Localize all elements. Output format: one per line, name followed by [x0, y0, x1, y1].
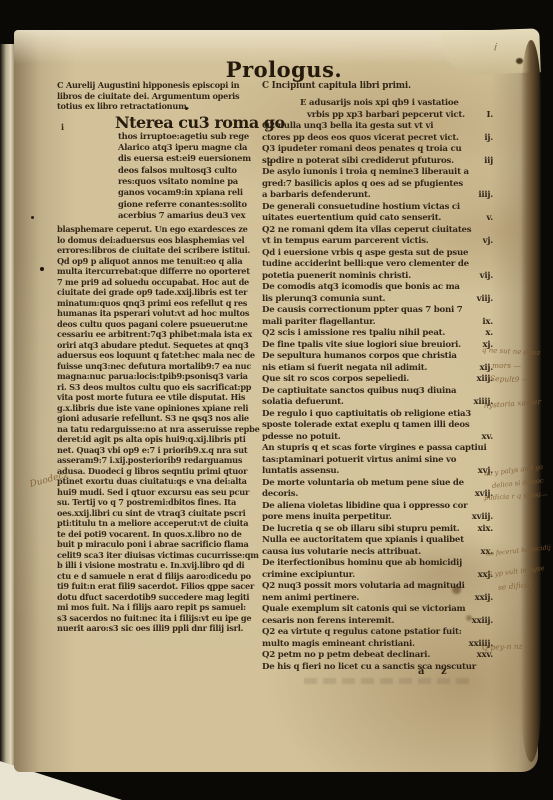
- capitulum-text: cesaris non ferens interemit.: [262, 616, 394, 628]
- capitulum-text: sposte tolerade extat exeplu q tamen ill…: [262, 420, 469, 432]
- text-line: su. Tertij vo q 7 postremi:dbitos fines.…: [57, 497, 257, 508]
- chapter-numeral: viij.: [477, 294, 493, 306]
- capitulum-text: gred:7 basilicis aplos q oes ad se pfugi…: [262, 179, 463, 191]
- capitulum-text: uitates euertentium quid cato senserit.: [262, 213, 441, 225]
- text-line: gred:7 basilicis aplos q oes ad se pfugi…: [262, 179, 493, 191]
- text-line: a barbaris defenderunt.iiij.: [262, 190, 493, 202]
- capitulum-entry: Q2 ne romani qdem ita vllas ceperut ciui…: [262, 225, 493, 248]
- text-line: nuerit aaro:s3 sic oes illi9 ppli dnr fi…: [57, 623, 257, 634]
- text-line: acerbius 7 amarius deu3 vex: [57, 210, 257, 221]
- text-line: De aliena violetas libidine qua i oppres…: [262, 501, 493, 513]
- text-line: fuisse unq3:nec defutura mortalib9:7 ea …: [57, 361, 257, 372]
- text-line: Nulla ee auctoritatem que xpianis i qual…: [262, 535, 493, 547]
- text-line: Quale exemplum sit catonis qui se victor…: [262, 604, 493, 616]
- capitulum-entry: Q2 nulla unq3 bella ita gesta sut vt vic…: [262, 121, 493, 144]
- chapter-numeral: xxiij.: [472, 616, 493, 628]
- text-line: deos cultu quos pagani colere psueuerut:…: [57, 319, 257, 330]
- capitulum-text: An stupris q et scas forte virgines e pa…: [262, 443, 487, 455]
- capitulum-entry: De fine tpalis vite siue logiori siue br…: [262, 340, 493, 352]
- capitulum-text: decoris.: [262, 489, 298, 501]
- capitulum-text: stodire n poterat sibi crediderut pfutur…: [262, 156, 454, 168]
- capitulum-entry: Q3 ipudeter romani deos penates q troia …: [262, 144, 493, 167]
- text-line: Q3 ipudeter romani deos penates q troia …: [262, 144, 493, 156]
- text-line: De fine tpalis vite siue logiori siue br…: [262, 340, 493, 352]
- text-line: asseram9:7 i.xij.posteriorib9 redarguamu…: [57, 455, 257, 466]
- chapter-numeral: I.: [486, 110, 493, 122]
- chapter-numeral: v.: [486, 213, 493, 225]
- text-line: Q2 ea virtute q regulus catone pstatior …: [262, 627, 493, 639]
- chapter-numeral: iij: [484, 156, 493, 168]
- text-line: res:quos vsitato nomine pa: [57, 176, 257, 187]
- capitulum-text: Quale exemplum sit catonis qui se victor…: [262, 604, 465, 616]
- capitulum-entry: E adusarijs nois xpi qb9 i vastatioevrbi…: [262, 98, 493, 121]
- text-line: Q2 nuq3 possit mors volutaria ad magnitu…: [262, 581, 493, 593]
- text-line: cessariu ee arbitrent:7q3 phibet:mala is…: [57, 329, 257, 340]
- text-line: gione referre conantes:solito: [57, 199, 257, 210]
- text-line: aduersus eos loquunt q fatet:hec mala ne…: [57, 350, 257, 361]
- text-line: uitates euertentium quid cato senserit.v…: [262, 213, 493, 225]
- capitulum-text: solatia defuerunt.: [262, 397, 344, 409]
- text-line: Q2 ne romani qdem ita vllas ceperut ciui…: [262, 225, 493, 237]
- chapter-numeral: xxij.: [475, 593, 493, 605]
- capitulum-text: Q3 ipudeter romani deos penates q troia …: [262, 144, 461, 156]
- text-line: multa itercurrebat:que differre no oport…: [57, 266, 257, 277]
- text-line: Qd op9 p aliquot annos me tenuit:eo q al…: [57, 256, 257, 267]
- capitulum-entry: Q2 scis i amissione res tpaliu nihil pea…: [262, 328, 493, 340]
- capitulum-entry: Quale exemplum sit catonis qui se victor…: [262, 604, 493, 627]
- capitula-list: E adusarijs nois xpi qb9 i vastatioevrbi…: [262, 98, 493, 673]
- text-line: tudine acciderint belli:que vero clement…: [262, 259, 493, 271]
- capitulum-entry: Q2 nuq3 possit mors volutaria ad magnitu…: [262, 581, 493, 604]
- text-line: 7 me pri9 ad soluedu occupabat. Hoc aut …: [57, 277, 257, 288]
- capitulum-text: Nulla ee auctoritatem que xpianis i qual…: [262, 535, 464, 547]
- text-line: adusa. Duodeci g libros seqntiu primi qt…: [57, 466, 257, 477]
- capitulum-text: Q2 ne romani qdem ita vllas ceperut ciui…: [262, 225, 471, 237]
- page-title: Prologus.: [174, 57, 394, 82]
- capitulum-text: nem animi pertinere.: [262, 593, 359, 605]
- right-column: C Incipiunt capitula libri primi. d E ad…: [262, 80, 493, 673]
- chapter-numeral: vj.: [483, 236, 493, 248]
- capitulum-entry: An stupris q et scas forte virgines e pa…: [262, 443, 493, 478]
- text-line: mi mos fuit. Na i filijs aaro repit ps s…: [57, 602, 257, 613]
- text-line: Q2 petm no p petm debeat declinari.xxv.: [262, 650, 493, 662]
- text-line: minatum:quos qnq3 primi eos refellut q r…: [57, 298, 257, 309]
- text-line: crimine excipiuntur.xxj.: [262, 570, 493, 582]
- capitulum-entry: Q2 petm no p petm debeat declinari.xxv.: [262, 650, 493, 662]
- text-line: Alarico atq3 iperu magne cla: [57, 142, 257, 153]
- left-body-text: blasphemare ceperut. Un ego exardesces z…: [57, 224, 257, 634]
- text-line: stodire n poterat sibi crediderut pfutur…: [262, 156, 493, 168]
- text-line: De morte voluntaria ob metum pene siue d…: [262, 478, 493, 490]
- text-line: Qd i euersione vrbis q aspe gesta sut de…: [262, 248, 493, 260]
- chapter-numeral: ix.: [482, 317, 493, 329]
- capitulum-text: De lucretia q se ob illaru sibi stupru p…: [262, 524, 459, 536]
- text-line: E adusarijs nois xpi qb9 i vastatioe: [262, 98, 493, 110]
- capitulum-text: vt in tempus earum parcerent victis.: [262, 236, 429, 248]
- text-line: ganos vocam9:in xpiana reli: [57, 187, 257, 198]
- capitulum-entry: Qd i euersione vrbis q aspe gesta sut de…: [262, 248, 493, 283]
- capitulum-text: De generali consuetudine hostium victas …: [262, 202, 460, 214]
- chapter-numeral: iiij.: [478, 190, 493, 202]
- text-line: gioni adusarie refellunt. S3 ne qsq3 nos…: [57, 413, 257, 424]
- text-line: buit p miraculo poni i abrae sacrificio …: [57, 539, 257, 550]
- text-line: net. Quaq3 vbi op9 e:7 i priorib9.x.q nr…: [57, 445, 257, 456]
- text-line: C Aurelij Augustini hipponesis episcopi …: [57, 80, 257, 91]
- capitulum-text: Q2 ea virtute q regulus catone pstatior …: [262, 627, 462, 639]
- capitulum-entry: Nulla ee auctoritatem que xpianis i qual…: [262, 535, 493, 558]
- text-line: De captiuitate sanctos quibus nuq3 diuin…: [262, 386, 493, 398]
- text-line: ciuitate dei grade op9 tade.xxij.libris …: [57, 287, 257, 298]
- chapter-numeral: xij.: [480, 363, 494, 375]
- capitulum-text: tudine acciderint belli:que vero clement…: [262, 259, 469, 271]
- capitulum-entry: De captiuitate sanctos quibus nuq3 diuin…: [262, 386, 493, 409]
- text-line: libros de ciuitate dei. Argumentum operi…: [57, 91, 257, 102]
- left-column: C Aurelij Augustini hipponesis episcopi …: [57, 80, 257, 634]
- capitulum-entry: De lucretia q se ob illaru sibi stupru p…: [262, 524, 493, 536]
- text-line: lis plerunq3 comunia sunt.viij.: [262, 294, 493, 306]
- capitulum-text: potetia puenerit nominis christi.: [262, 271, 411, 283]
- text-line: thos irruptoe:agetiu sub rege: [57, 131, 257, 142]
- text-line: s3 sacerdos no fuit:nec ita i filijs:vt …: [57, 613, 257, 624]
- capitulum-text: pdesse no potuit.: [262, 432, 341, 444]
- incipit-large-line: Nterea cu3 roma go: [57, 114, 257, 131]
- capitulum-entry: De generali consuetudine hostium victas …: [262, 202, 493, 225]
- text-line: tas:ptaminari potuerit virtus animi sine…: [262, 455, 493, 467]
- argumentum-heading: C Aurelij Augustini hipponesis episcopi …: [57, 80, 257, 112]
- signature-marks: a z: [418, 666, 460, 677]
- opening-indented-lines: thos irruptoe:agetiu sub regeAlarico atq…: [57, 131, 257, 221]
- capitulum-text: luntatis assensu.: [262, 466, 339, 478]
- capitulum-entry: De aliena violetas libidine qua i oppres…: [262, 501, 493, 524]
- text-line: celit9 sca3 iter diuisas victimas cucurr…: [57, 550, 257, 561]
- capitulum-text: vrbis pp xp3 barbari pepcerut vict.: [307, 110, 465, 122]
- text-line: totius ex libro retractationum.: [57, 101, 257, 112]
- text-line: De sepultura humanos corpos que christia: [262, 351, 493, 363]
- text-line: pdesse no potuit.xv.: [262, 432, 493, 444]
- text-line: vrbis pp xp3 barbari pepcerut vict.I.: [262, 110, 493, 122]
- text-line: cesaris non ferens interemit.xxiij.: [262, 616, 493, 628]
- text-line: causa ius volutarie necis attribuat.xx.: [262, 547, 493, 559]
- text-line: te dei poti9 vocarent. In quos.x.libro n…: [57, 529, 257, 540]
- capitulum-text: crimine excipiuntur.: [262, 570, 355, 582]
- text-line: g.x.libris due iste vane opiniones xpian…: [57, 403, 257, 414]
- text-line: errores:libros de ciuitate dei scribere …: [57, 245, 257, 256]
- text-line: dis euersa est:ei9 euersionem: [57, 153, 257, 164]
- text-line: vt in tempus earum parcerent victis.vj.: [262, 236, 493, 248]
- text-line: pti:titulu tn a meliore acceperut:vt de …: [57, 518, 257, 529]
- capitulum-entry: De sepultura humanos corpos que christia…: [262, 351, 493, 374]
- text-line: Q2 scis i amissione res tpaliu nihil pea…: [262, 328, 493, 340]
- chapter-numeral: vij.: [480, 271, 493, 283]
- text-line: lo domus dei:aduersus eos blasphemias ve…: [57, 235, 257, 246]
- signature-mark-a: a: [418, 666, 424, 677]
- capitulum-text: Qd i euersione vrbis q aspe gesta sut de…: [262, 248, 468, 260]
- capitulum-entry: De causis correctionum ppter quas 7 boni…: [262, 305, 493, 328]
- margin-note: Q pey-n nz —: [482, 641, 533, 652]
- text-line: mali pariter flagellantur.ix.: [262, 317, 493, 329]
- capitulum-text: De aliena violetas libidine qua i oppres…: [262, 501, 467, 513]
- capitulum-text: Que sit ro scos corpos sepeliedi.: [262, 374, 409, 386]
- book-page: Prologus. C Aurelij Augustini hipponesis…: [14, 30, 538, 772]
- capitulum-text: De sepultura humanos corpos que christia: [262, 351, 457, 363]
- capitulum-entry: Q2 ea virtute q regulus catone pstatior …: [262, 627, 493, 650]
- capitulum-text: pore mens inuita perpetitur.: [262, 512, 392, 524]
- text-line: pore mens inuita perpetitur.xviij.: [262, 512, 493, 524]
- text-line: humanas ita psperari volut:vt ad hoc mul…: [57, 308, 257, 319]
- chapter-numeral: x.: [485, 328, 493, 340]
- capitulum-text: tas:ptaminari potuerit virtus animi sine…: [262, 455, 456, 467]
- capitulum-text: lis plerunq3 comunia sunt.: [262, 294, 385, 306]
- text-line: ri. S3 deos multos cultu quo eis sacrifi…: [57, 382, 257, 393]
- capitulum-text: E adusarijs nois xpi qb9 i vastatioe: [300, 98, 459, 110]
- text-line: na tatu redarguisse:no at nra asseruisse…: [57, 424, 257, 435]
- text-line: Q2 nulla unq3 bella ita gesta sut vt vi: [262, 121, 493, 133]
- capitulum-text: nis etiam si fuerit negata nil adimit.: [262, 363, 427, 375]
- margin-note: mors —: [492, 361, 521, 370]
- text-line: multo magis emineant christiani.xxiiij.: [262, 639, 493, 651]
- capitulum-text: Q2 nulla unq3 bella ita gesta sut vt vi: [262, 121, 433, 133]
- chapter-numeral: ij.: [484, 133, 493, 145]
- capitulum-text: De regulo i quo captiuitatis ob religion…: [262, 409, 471, 421]
- text-line: hui9 mudi. Sed i qtuor excursu eas seu p…: [57, 487, 257, 498]
- text-line: ctu e d samuele n erat d filijs aaro:dic…: [57, 571, 257, 582]
- text-line: decoris.xvij.: [262, 489, 493, 501]
- text-line: De lucretia q se ob illaru sibi stupru p…: [262, 524, 493, 536]
- capitulum-text: multo magis emineant christiani.: [262, 639, 415, 651]
- text-line: De iterfectionibus hominu que ab homicid…: [262, 558, 493, 570]
- text-line: De comodis atq3 icomodis que bonis ac ma: [262, 282, 493, 294]
- text-line: Que sit ro scos corpos sepeliedi.xiij.: [262, 374, 493, 386]
- capitulum-text: De fine tpalis vite siue logiori siue br…: [262, 340, 461, 352]
- text-line: luntatis assensu.xvj.: [262, 466, 493, 478]
- capitulum-text: Q2 petm no p petm debeat declinari.: [262, 650, 430, 662]
- book-photograph: Prologus. C Aurelij Augustini hipponesis…: [0, 0, 553, 800]
- capitulum-entry: De regulo i quo captiuitatis ob religion…: [262, 409, 493, 444]
- capitulum-entry: Que sit ro scos corpos sepeliedi.xiij.: [262, 374, 493, 386]
- text-line: magna:nuc parua:locis:tpib9:psonisq3 var…: [57, 371, 257, 382]
- text-line: nis etiam si fuerit negata nil adimit.xi…: [262, 363, 493, 375]
- text-line: ctores pp deos eos quos vicerat pecret v…: [262, 133, 493, 145]
- chapter-numeral: xv.: [482, 432, 494, 444]
- text-line: De regulo i quo captiuitatis ob religion…: [262, 409, 493, 421]
- capitulum-text: ctores pp deos eos quos vicerat pecret v…: [262, 133, 459, 145]
- text-line: deret:id agit ps alta opis hui9:q.xij.li…: [57, 434, 257, 445]
- text-line: solatia defuerunt.xiiij.: [262, 397, 493, 409]
- capitulum-text: De causis correctionum ppter quas 7 boni…: [262, 305, 463, 317]
- text-line: oes.xxij.libri cu sint de vtraq3 ciuitat…: [57, 508, 257, 519]
- text-line: vita post morte futura ee vtile disputat…: [57, 392, 257, 403]
- capitulum-text: De morte voluntaria ob metum pene siue d…: [262, 478, 464, 490]
- text-line: deos falsos multosq3 culto: [57, 165, 257, 176]
- text-line: ti9 fuit:n erat fili9 sacerdot. Filios q…: [57, 581, 257, 592]
- margin-note: Sepult9 ~: [490, 374, 528, 384]
- text-line: potetia puenerit nominis christi.vij.: [262, 271, 493, 283]
- text-line: De generali consuetudine hostium victas …: [262, 202, 493, 214]
- text-line: sposte tolerade extat exeplu q tamen ill…: [262, 420, 493, 432]
- capitulum-entry: De iterfectionibus hominu que ab homicid…: [262, 558, 493, 581]
- text-line: b illi i visione mostratu e. In.xvij.lib…: [57, 560, 257, 571]
- signature-mark-2: z: [441, 666, 447, 677]
- text-line: nem animi pertinere.xxij.: [262, 593, 493, 605]
- capitulum-text: Q2 nuq3 possit mors volutaria ad magnitu…: [262, 581, 465, 593]
- capitulum-text: De asylo iunonis i troia q nemine3 liber…: [262, 167, 469, 179]
- capitulum-text: De comodis atq3 icomodis que bonis ac ma: [262, 282, 460, 294]
- capitulum-text: Q2 scis i amissione res tpaliu nihil pea…: [262, 328, 445, 340]
- text-line: blasphemare ceperut. Un ego exardesces z…: [57, 224, 257, 235]
- text-line: De causis correctionum ppter quas 7 boni…: [262, 305, 493, 317]
- text-line: oriri atq3 abudare ptedut. Sequetes at q…: [57, 340, 257, 351]
- text-line: De asylo iunonis i troia q nemine3 liber…: [262, 167, 493, 179]
- text-line: An stupris q et scas forte virgines e pa…: [262, 443, 493, 455]
- capitulum-entry: De morte voluntaria ob metum pene siue d…: [262, 478, 493, 501]
- capitulum-text: De iterfectionibus hominu que ab homicid…: [262, 558, 462, 570]
- capitulum-text: mali pariter flagellantur.: [262, 317, 375, 329]
- capitula-heading: C Incipiunt capitula libri primi.: [262, 80, 493, 92]
- text-line: dotu dfuct sacerdotib9 succedere mag leg…: [57, 592, 257, 603]
- capitulum-text: a barbaris defenderunt.: [262, 190, 370, 202]
- capitulum-text: causa ius volutarie necis attribuat.: [262, 547, 421, 559]
- chapter-numeral: xix.: [477, 524, 493, 536]
- capitulum-text: De captiuitate sanctos quibus nuq3 diuin…: [262, 386, 456, 398]
- chapter-numeral: xviij.: [472, 512, 493, 524]
- capitulum-entry: De asylo iunonis i troia q nemine3 liber…: [262, 167, 493, 202]
- capitulum-entry: De comodis atq3 icomodis que bonis ac ma…: [262, 282, 493, 305]
- text-line: ptinet exortu duas ciuitatu:qs e vna dei…: [57, 476, 257, 487]
- printed-text-layer: Prologus. C Aurelij Augustini hipponesis…: [14, 30, 538, 772]
